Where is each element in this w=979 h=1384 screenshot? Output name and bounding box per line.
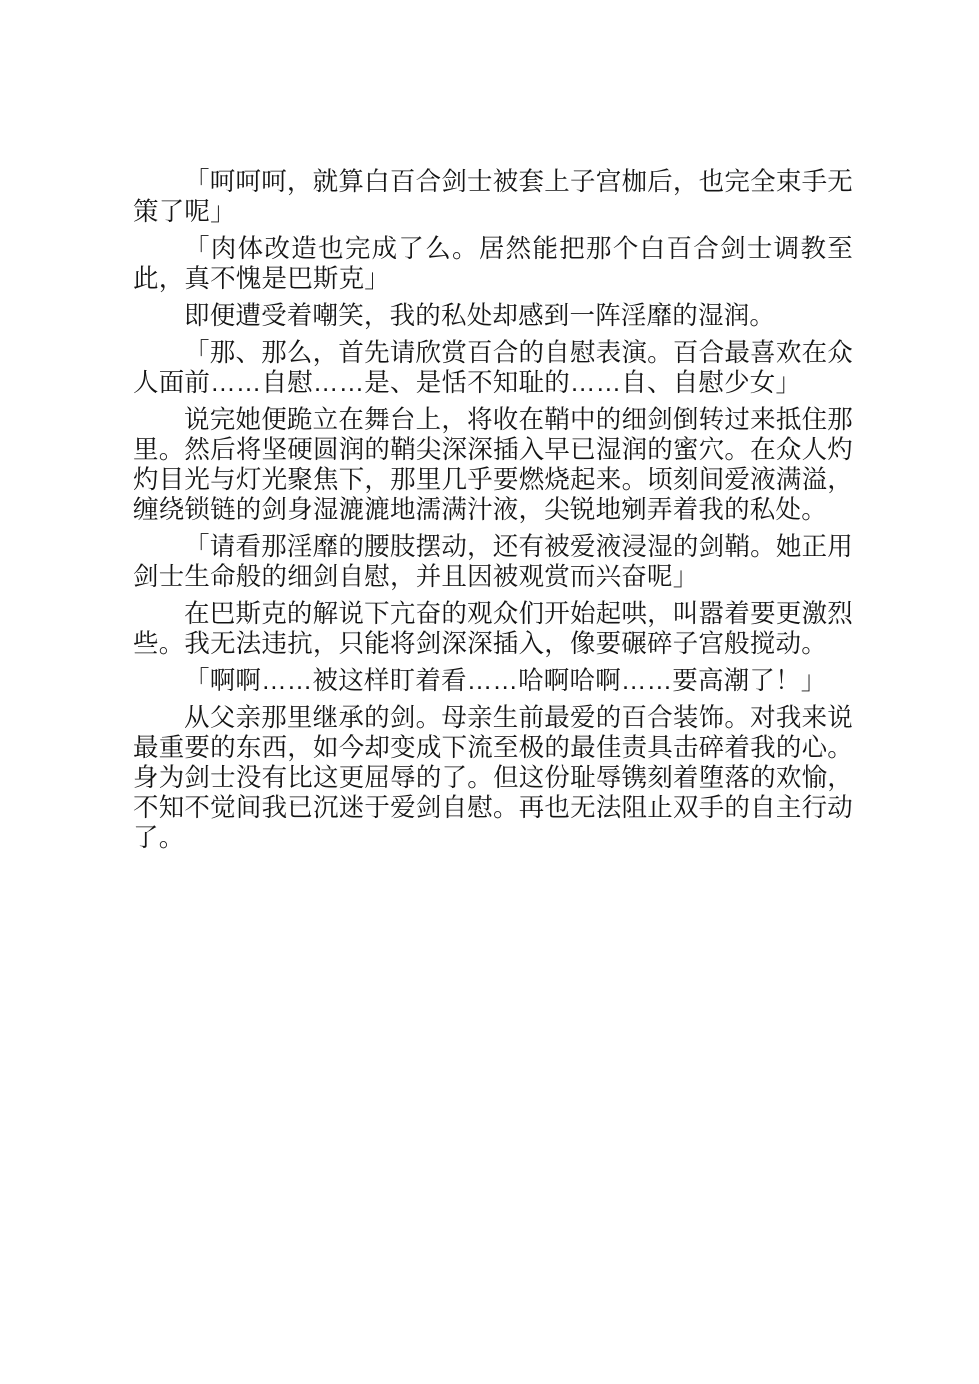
paragraph: 「肉体改造也完成了么。居然能把那个白百合剑士调教至此，真不愧是巴斯克」 [133, 234, 853, 294]
text-block: 「呵呵呵，就算白百合剑士被套上子宫枷后，也完全束手无策了呢」 「肉体改造也完成了… [133, 167, 853, 853]
paragraph: 「呵呵呵，就算白百合剑士被套上子宫枷后，也完全束手无策了呢」 [133, 167, 853, 227]
document-page: 「呵呵呵，就算白百合剑士被套上子宫枷后，也完全束手无策了呢」 「肉体改造也完成了… [0, 0, 979, 1384]
paragraph: 「啊啊……被这样盯着看……哈啊哈啊……要高潮了！」 [133, 666, 853, 696]
paragraph: 说完她便跪立在舞台上，将收在鞘中的细剑倒转过来抵住那里。然后将坚硬圆润的鞘尖深深… [133, 405, 853, 525]
paragraph: 在巴斯克的解说下亢奋的观众们开始起哄，叫嚣着要更激烈些。我无法违抗，只能将剑深深… [133, 599, 853, 659]
paragraph: 「请看那淫靡的腰肢摆动，还有被爱液浸湿的剑鞘。她正用剑士生命般的细剑自慰，并且因… [133, 532, 853, 592]
paragraph: 「那、那么，首先请欣赏百合的自慰表演。百合最喜欢在众人面前……自慰……是、是恬不… [133, 338, 853, 398]
paragraph: 从父亲那里继承的剑。母亲生前最爱的百合装饰。对我来说最重要的东西，如今却变成下流… [133, 703, 853, 853]
paragraph: 即便遭受着嘲笑，我的私处却感到一阵淫靡的湿润。 [133, 301, 853, 331]
